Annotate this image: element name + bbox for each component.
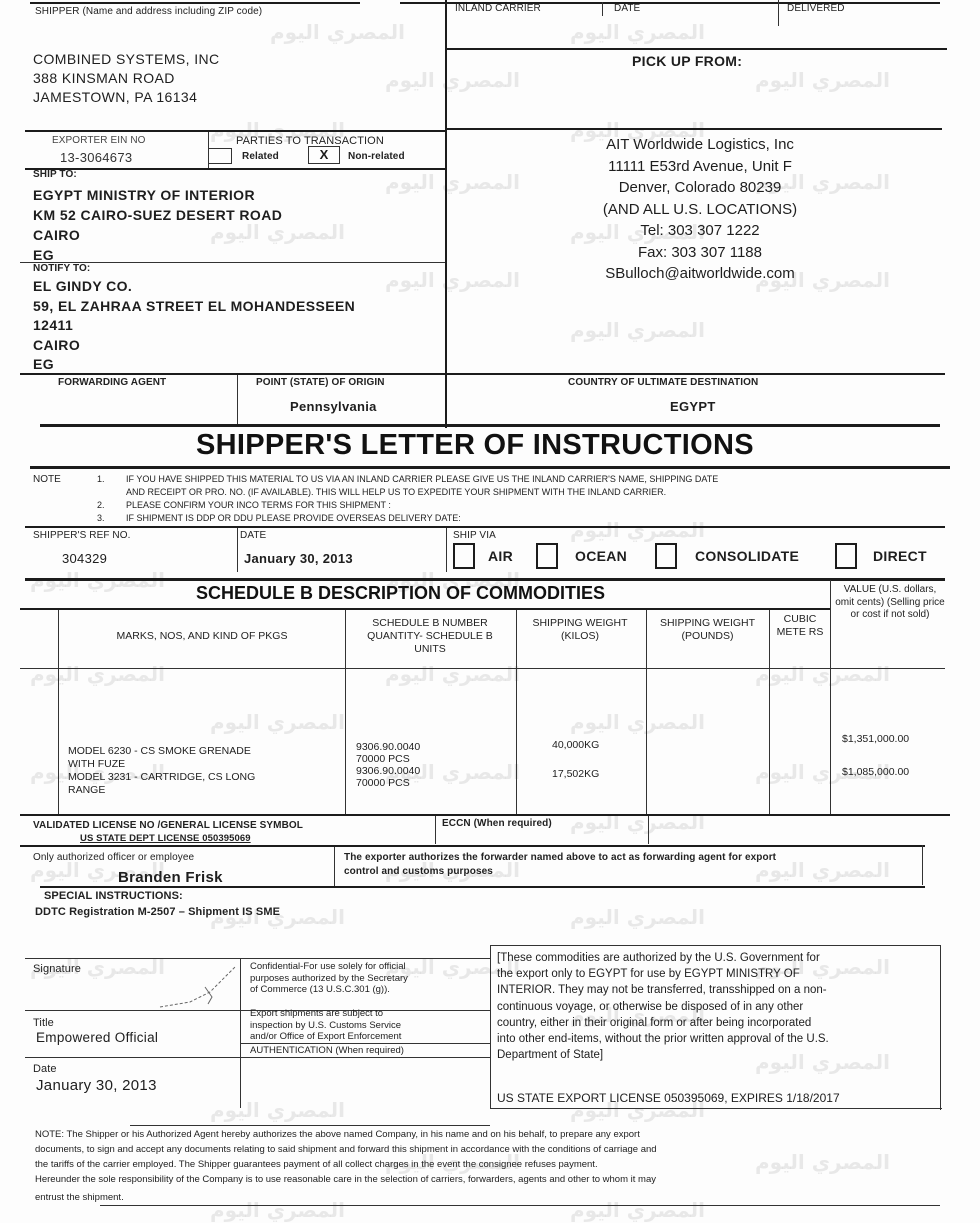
exporter-ein-label: EXPORTER EIN NO [52,135,146,146]
divider [130,1125,490,1126]
divider [602,2,603,16]
watermark: المصري اليوم [210,710,345,734]
shipper-street: 388 KINSMAN ROAD [33,69,220,88]
watermark: المصري اليوم [570,20,705,44]
watermark: المصري اليوم [570,318,705,342]
ship-via-label: SHIP VIA [453,530,496,541]
note-line: AND RECEIPT OR PRO. NO. (IF AVAILABLE). … [126,487,666,497]
authorization-text: The exporter authorizes the forwarder na… [344,852,776,863]
nonrelated-checkbox[interactable]: X [308,146,340,164]
date-value: January 30, 2013 [36,1077,157,1094]
forwarder-line: (AND ALL U.S. LOCATIONS) [540,199,860,221]
ship-to-label: SHIP TO: [33,169,77,180]
delivered-label: DELIVERED [787,3,845,14]
divider [25,168,445,170]
ship-via-direct-label: DIRECT [873,548,927,564]
divider [490,1108,942,1109]
note-line: Export shipments are subject to [250,1008,401,1020]
schedule-b-line: 70000 PCS [356,777,420,789]
commodity-description: MODEL 6230 - CS SMOKE GRENADE WITH FUZE … [68,745,255,797]
commodity-line: MODEL 6230 - CS SMOKE GRENADE [68,745,255,758]
note-line: IF SHIPMENT IS DDP OR DDU PLEASE PROVIDE… [126,513,461,523]
signature-scribble-icon [150,962,240,1012]
divider [240,958,241,1108]
point-of-origin-label: POINT (STATE) OF ORIGIN [256,377,385,388]
divider [20,814,950,816]
column-header-cubic-meters: CUBIC METE RS [772,613,828,639]
related-checkbox[interactable] [208,148,232,164]
column-header-value: VALUE (U.S. dollars, omit cents) (Sellin… [835,584,945,622]
ship-via-consolidate-label: CONSOLIDATE [695,548,799,564]
destination-control-statement: [These commodities are authorized by the… [497,950,829,1063]
shipper-name: COMBINED SYSTEMS, INC [33,50,220,69]
divider [237,528,238,572]
shipper-city: JAMESTOWN, PA 16134 [33,88,220,107]
note-marker: 3. [97,513,105,523]
ship-via-ocean-checkbox[interactable] [536,543,558,569]
statement-line: into other end-items, without the prior … [497,1031,829,1047]
commodity-line: MODEL 3231 - CARTRIDGE, CS LONG [68,771,255,784]
forwarder-line: 11111 E53rd Avenue, Unit F [540,156,860,178]
value-2: $1,085,000.00 [842,767,909,779]
date-label: DATE [614,3,640,14]
notify-to-line: 12411 [33,316,355,336]
watermark: المصري اليوم [755,68,890,92]
ship-to-line: KM 52 CAIRO-SUEZ DESERT ROAD [33,205,282,225]
divider [334,847,335,887]
confidential-note: Confidential-For use solely for official… [250,961,408,996]
watermark: المصري اليوم [385,170,520,194]
notify-to-address: EL GINDY CO. 59, EL ZAHRAA STREET EL MOH… [33,277,355,375]
bottom-note-line: documents, to sign and accept any docume… [35,1142,657,1157]
divider [25,130,445,132]
watermark: المصري اليوم [270,20,405,44]
watermark: المصري اليوم [385,68,520,92]
license-value: US STATE DEPT LICENSE 050395069 [80,833,251,844]
ship-to-line: CAIRO [33,225,282,245]
divider [40,886,925,888]
divider [20,668,945,669]
divider [447,128,942,130]
ref-value: 304329 [62,551,107,566]
commodities-title: SCHEDULE B DESCRIPTION OF COMMODITIES [196,583,605,604]
officer-name: Branden Frisk [118,869,223,886]
license-label: VALIDATED LICENSE NO /GENERAL LICENSE SY… [33,820,303,831]
watermark: المصري اليوم [210,1098,345,1122]
bottom-note-line: NOTE: The Shipper or his Authorized Agen… [35,1127,640,1142]
statement-line: country, either in their original form o… [497,1015,829,1031]
note-line: IF YOU HAVE SHIPPED THIS MATERIAL TO US … [126,474,718,484]
shipper-label: SHIPPER (Name and address including ZIP … [35,6,262,17]
statement-line: the export only to EGYPT for use by EGYP… [497,966,829,982]
inspection-note: Export shipments are subject to inspecti… [250,1008,401,1043]
column-header-weight-kilos: SHIPPING WEIGHT (KILOS) [530,617,630,643]
column-divider [646,610,647,816]
export-license-line: US STATE EXPORT LICENSE 050395069, EXPIR… [497,1093,840,1105]
commodity-line: RANGE [68,784,255,797]
column-divider [345,610,346,816]
ship-via-ocean-label: OCEAN [575,548,627,564]
divider [490,945,491,1108]
eccn-label: ECCN (When required) [442,818,552,829]
column-divider [516,610,517,816]
shipper-address: COMBINED SYSTEMS, INC 388 KINSMAN ROAD J… [33,50,220,107]
exporter-ein-value: 13-3064673 [60,150,132,165]
pickup-label: PICK UP FROM: [632,53,742,69]
ship-via-consolidate-checkbox[interactable] [655,543,677,569]
divider [446,528,447,572]
column-divider [769,610,770,816]
schedule-b-numbers: 9306.90.0040 70000 PCS 9306.90.0040 7000… [356,741,420,789]
special-instructions-label: SPECIAL INSTRUCTIONS: [44,890,183,902]
divider [940,945,941,1110]
note-line: purposes authorized by the Secretary [250,973,408,985]
watermark: المصري اليوم [755,1150,890,1174]
destination-label: COUNTRY OF ULTIMATE DESTINATION [568,377,758,388]
special-instructions-value: DDTC Registration M-2507 – Shipment IS S… [35,906,280,918]
weight-kg-1: 40,000KG [552,740,599,752]
forwarder-fax: Fax: 303 307 1188 [540,242,860,264]
notify-to-line: 59, EL ZAHRAA STREET EL MOHANDESSEEN [33,297,355,317]
notify-to-line: CAIRO [33,336,355,356]
related-label: Related [242,151,279,162]
column-header-schedule-b: SCHEDULE B NUMBER QUANTITY- SCHEDULE B U… [350,617,510,656]
watermark: المصري اليوم [385,662,520,686]
column-divider [445,0,447,428]
ship-to-line: EG [33,245,282,265]
date-label: DATE [240,530,266,541]
notify-to-line: EL GINDY CO. [33,277,355,297]
watermark: المصري اليوم [570,1198,705,1222]
forwarder-email-link[interactable]: SBulloch@aitworldwide.com [540,263,860,285]
column-divider [58,610,59,816]
divider [778,0,779,26]
watermark: المصري اليوم [570,905,705,929]
ship-to-address: EGYPT MINISTRY OF INTERIOR KM 52 CAIRO-S… [33,185,282,265]
column-header-marks: MARKS, NOS, AND KIND OF PKGS [62,630,342,643]
note-marker: 2. [97,500,105,510]
note-marker: 1. [97,474,105,484]
watermark: المصري اليوم [570,518,705,542]
forwarder-line: Denver, Colorado 80239 [540,177,860,199]
divider [20,845,925,847]
divider [20,608,830,610]
date-value: January 30, 2013 [244,551,353,566]
forwarding-agent-label: FORWARDING AGENT [58,377,166,388]
nonrelated-label: Non-related [348,151,405,162]
watermark: المصري اليوم [755,662,890,686]
value-1: $1,351,000.00 [842,734,909,746]
divider [490,945,940,946]
divider [447,48,947,50]
divider [435,816,436,844]
notify-to-line: EG [33,355,355,375]
column-divider [830,580,831,816]
statement-line: continuous voyage, or otherwise be dispo… [497,999,829,1015]
ref-label: SHIPPER'S REF NO. [33,530,131,541]
divider [30,2,360,4]
schedule-b-line: 70000 PCS [356,753,420,765]
divider [40,424,940,427]
divider [25,526,945,528]
date-label: Date [33,1063,57,1075]
authentication-label: AUTHENTICATION (When required) [250,1045,404,1057]
note-line: PLEASE CONFIRM YOUR INCO TERMS FOR THIS … [126,500,391,510]
bottom-note-line: entrust the shipment. [35,1190,124,1205]
watermark: المصري اليوم [570,710,705,734]
watermark: المصري اليوم [30,662,165,686]
divider [922,845,923,885]
schedule-b-line: 9306.90.0040 [356,741,420,753]
divider [25,578,945,581]
inland-carrier-label: INLAND CARRIER [455,3,541,14]
title-label: Title [33,1017,54,1029]
divider [25,1057,490,1058]
divider [100,1205,940,1206]
ship-via-air-label: AIR [488,548,513,564]
notify-to-label: NOTIFY TO: [33,263,90,274]
watermark: المصري اليوم [385,268,520,292]
ship-to-line: EGYPT MINISTRY OF INTERIOR [33,185,282,205]
ship-via-air-checkbox[interactable] [453,543,475,569]
document-title: SHIPPER'S LETTER OF INSTRUCTIONS [196,429,754,462]
forwarder-address: AIT Worldwide Logistics, Inc 11111 E53rd… [540,134,860,285]
officer-label: Only authorized officer or employee [33,852,194,863]
weight-kg-2: 17,502KG [552,769,599,781]
statement-line: [These commodities are authorized by the… [497,950,829,966]
note-line: Confidential-For use solely for official [250,961,408,973]
divider [25,958,490,959]
point-of-origin-value: Pennsylvania [290,399,377,414]
bottom-note-line: Hereunder the sole responsibility of the… [35,1172,656,1187]
destination-value: EGYPT [670,399,716,414]
commodity-line: WITH FUZE [68,758,255,771]
watermark: المصري اليوم [210,1198,345,1222]
column-header-weight-pounds: SHIPPING WEIGHT (POUNDS) [655,617,760,643]
signature-label: Signature [33,963,81,975]
forwarder-phone: Tel: 303 307 1222 [540,220,860,242]
ship-via-direct-checkbox[interactable] [835,543,857,569]
note-line: of Commerce (13 U.S.C.301 (g)). [250,984,408,996]
schedule-b-line: 9306.90.0040 [356,765,420,777]
statement-line: Department of State] [497,1047,829,1063]
note-line: inspection by U.S. Customs Service [250,1020,401,1032]
divider [30,466,950,469]
title-value: Empowered Official [36,1030,158,1045]
divider [240,1043,490,1044]
statement-line: INTERIOR. They may not be transferred, t… [497,982,829,998]
note-line: and/or Office of Export Enforcement [250,1031,401,1043]
note-label: NOTE [33,474,61,485]
divider [237,375,238,427]
bottom-note-line: the tariffs of the carrier employed. The… [35,1157,598,1172]
forwarder-line: AIT Worldwide Logistics, Inc [540,134,860,156]
authorization-text: control and customs purposes [344,866,493,877]
divider [648,816,649,844]
